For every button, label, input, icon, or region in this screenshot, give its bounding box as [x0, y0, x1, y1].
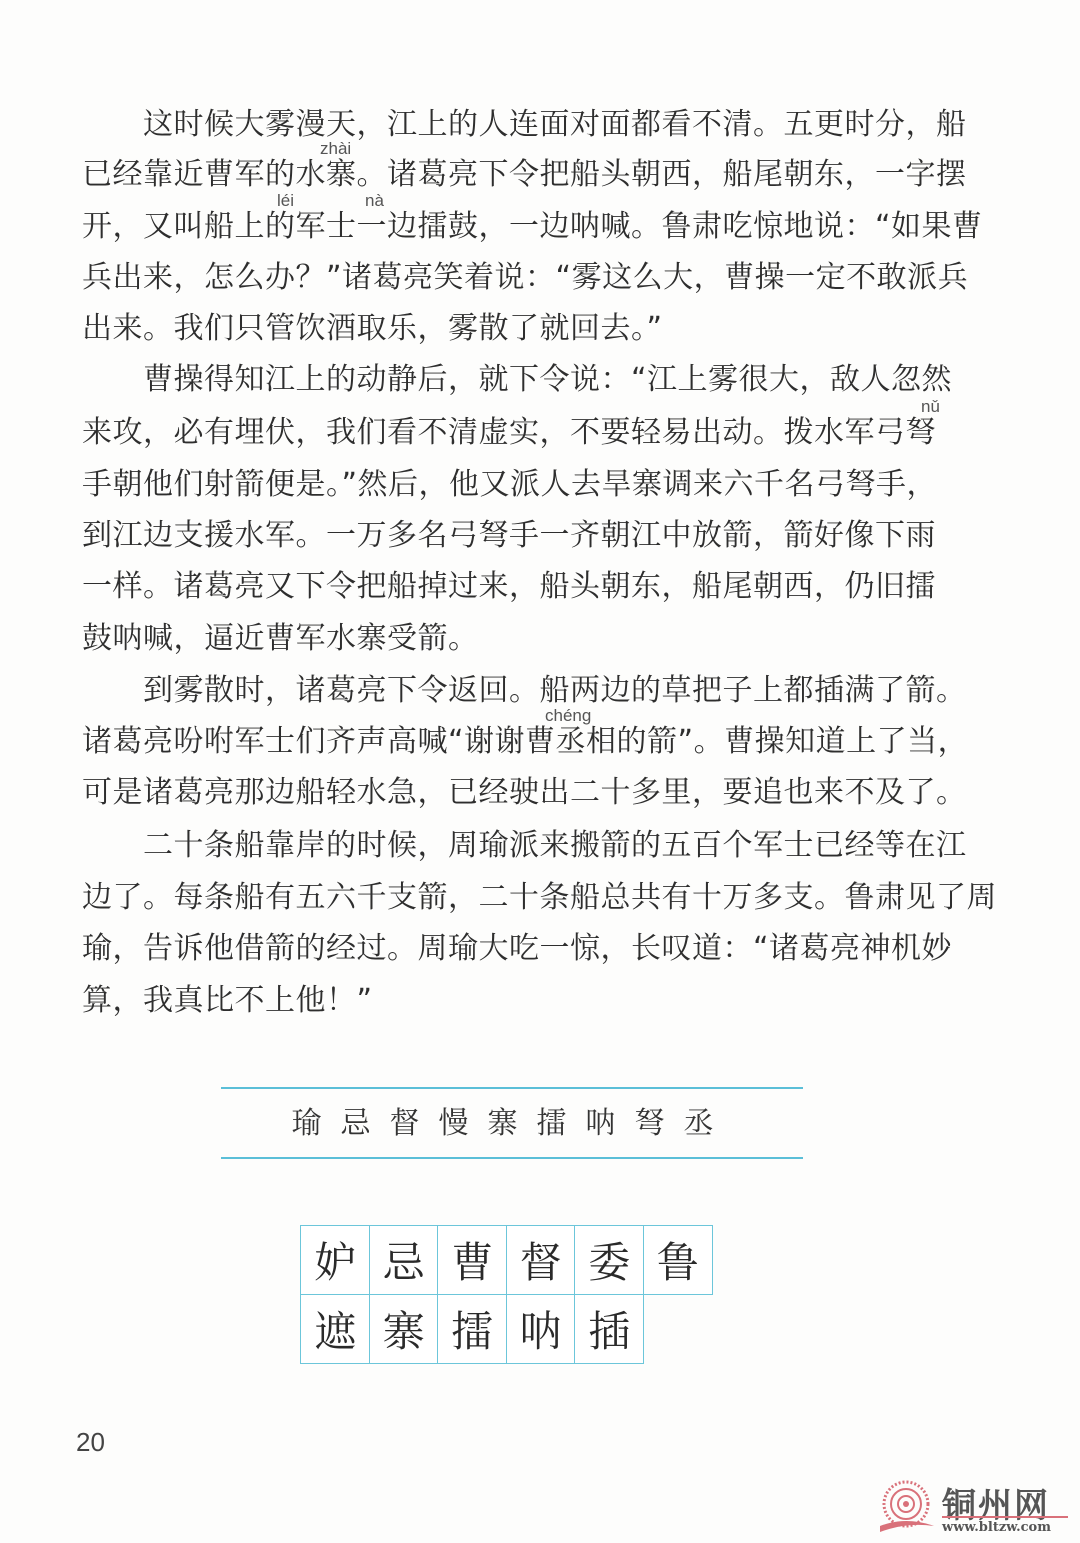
text-line: 算，我真比不上他！” — [82, 976, 952, 1026]
grid-row-1: 妒 忌 曹 督 委 鲁 — [301, 1226, 712, 1295]
grid-cell: 鲁 — [643, 1225, 713, 1295]
text-line: 诸葛亮吩咐军士们齐声高喊“谢谢曹丞相的箭”。曹操知道上了当， — [82, 717, 952, 767]
text-line: 手朝他们射箭便是。”然后，他又派人去旱寨调来六千名弓弩手， — [82, 460, 952, 510]
grid-cell: 忌 — [369, 1225, 439, 1295]
grid-cell: 寨 — [369, 1294, 439, 1364]
text-line: 来攻，必有埋伏，我们看不清虚实，不要轻易出动。拨水军弓弩 — [82, 408, 952, 458]
watermark-logo: 铜州网 www.bltzw.com — [876, 1478, 1076, 1538]
text-line: 瑜，告诉他借箭的经过。周瑜大吃一惊，长叹道：“诸葛亮神机妙 — [82, 924, 952, 974]
rule-line-bottom — [221, 1157, 803, 1159]
text-line: 已经靠近曹军的水寨。诸葛亮下令把船头朝西，船尾朝东，一字摆 — [82, 150, 952, 200]
text-line: 边了。每条船有五六千支箭，二十条船总共有十万多支。鲁肃见了周 — [82, 873, 952, 923]
grid-cell: 妒 — [300, 1225, 370, 1295]
text-line: 这时候大雾漫天，江上的人连面对面都看不清。五更时分，船 — [82, 100, 952, 150]
text-line: 二十条船靠岸的时候，周瑜派来搬箭的五百个军士已经等在江 — [82, 821, 952, 871]
grid-cell: 擂 — [437, 1294, 507, 1364]
new-characters: 瑜忌督慢寨擂呐弩丞 — [221, 1102, 803, 1146]
logo-emblem-icon — [876, 1478, 938, 1538]
grid-cell: 插 — [574, 1294, 644, 1364]
grid-cell: 委 — [574, 1225, 644, 1295]
rule-line-top — [221, 1087, 803, 1089]
text-line: 出来。我们只管饮酒取乐，雾散了就回去。” — [82, 304, 952, 354]
text-line: 兵出来，怎么办？”诸葛亮笑着说：“雾这么大，曹操一定不敢派兵 — [82, 253, 952, 303]
grid-row-2: 遮 寨 擂 呐 插 — [301, 1295, 712, 1364]
text-line: 到雾散时，诸葛亮下令返回。船两边的草把子上都插满了箭。 — [82, 666, 952, 716]
watermark-url: www.bltzw.com — [942, 1520, 1051, 1535]
grid-cell: 督 — [506, 1225, 576, 1295]
grid-cell: 遮 — [300, 1294, 370, 1364]
text-line: 开，又叫船上的军士一边擂鼓，一边呐喊。鲁肃吃惊地说：“如果曹 — [82, 202, 952, 252]
text-line: 到江边支援水军。一万多名弓弩手一齐朝江中放箭，箭好像下雨 — [82, 511, 952, 561]
text-line: 可是诸葛亮那边船轻水急，已经驶出二十多里，要追也来不及了。 — [82, 768, 952, 818]
text-line: 鼓呐喊，逼近曹军水寨受箭。 — [82, 614, 952, 664]
text-line: 曹操得知江上的动静后，就下令说：“江上雾很大，敌人忽然 — [82, 355, 952, 405]
writing-grid: 妒 忌 曹 督 委 鲁 遮 寨 擂 呐 插 — [301, 1226, 712, 1363]
watermark-divider — [942, 1516, 1068, 1518]
grid-cell: 曹 — [437, 1225, 507, 1295]
grid-cell: 呐 — [506, 1294, 576, 1364]
page-number: 20 — [76, 1427, 105, 1458]
text-line: 一样。诸葛亮又下令把船掉过来，船头朝东，船尾朝西，仍旧擂 — [82, 562, 952, 612]
